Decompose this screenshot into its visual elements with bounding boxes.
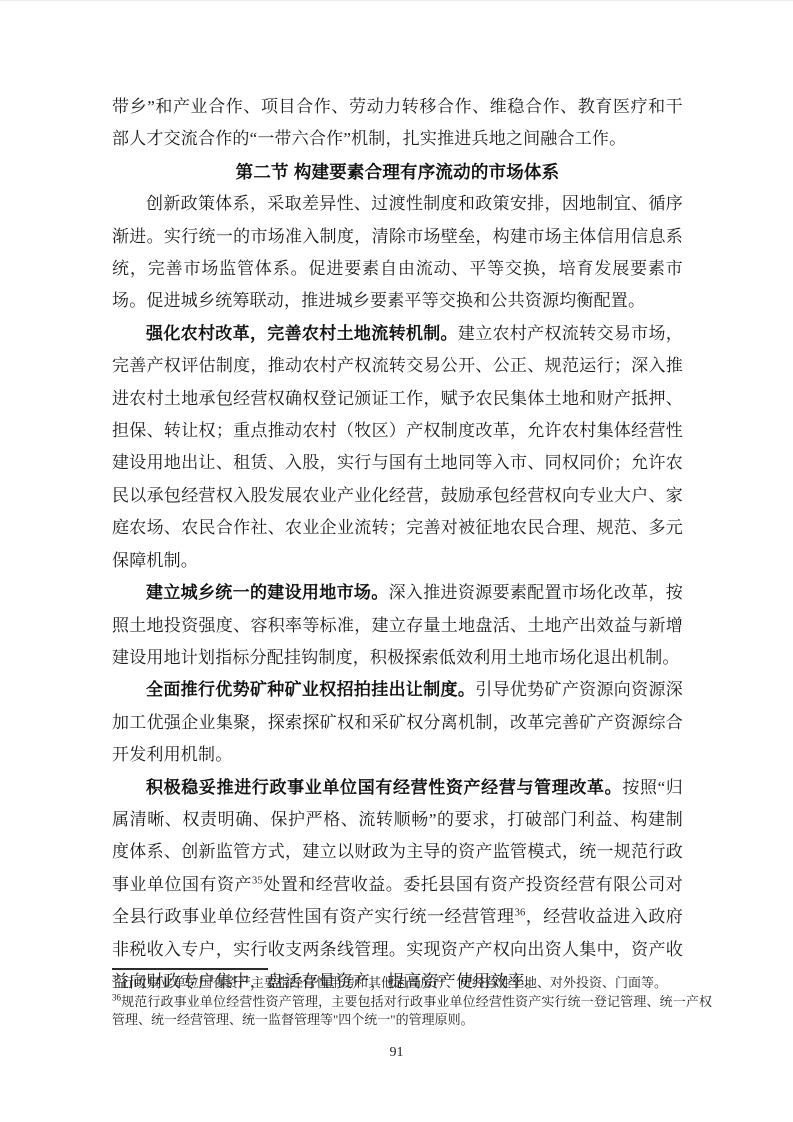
document-page: 带乡”和产业合作、项目合作、劳动力转移合作、维稳合作、教育医疗和干部人才交流合作… (0, 0, 793, 1122)
body-paragraph: 全面推行优势矿种矿业权招拍挂出让制度。引导优势矿产资源向资源深加工优强企业集聚，… (112, 674, 683, 771)
body-paragraph: 积极稳妥推进行政事业单位国有经营性资产经营与管理改革。按照“归属清晰、权责明确、… (112, 772, 683, 999)
footnote: 36规范行政事业单位经营性资产管理，主要包括对行政事业单位经营性资产实行统一登记… (112, 993, 712, 1030)
body-paragraph: 建立城乡统一的建设用地市场。深入推进资源要素配置市场化改革，按照土地投资强度、容… (112, 577, 683, 674)
paragraph-lead: 全面推行优势矿种矿业权招拍挂出让制度。 (146, 680, 475, 699)
paragraph-lead: 强化农村改革，完善农村土地流转机制。 (146, 324, 458, 343)
footnote: 35行政事业单位国有资产主要指经营性用房和其他闲置房产、可经营性土地、对外投资、… (112, 974, 712, 993)
footnote-list: 35行政事业单位国有资产主要指经营性用房和其他闲置房产、可经营性土地、对外投资、… (112, 974, 712, 1030)
body-paragraph: 创新政策体系，采取差异性、过渡性制度和政策安排，因地制宜、循序渐进。实行统一的市… (112, 188, 683, 318)
continuation-paragraph: 带乡”和产业合作、项目合作、劳动力转移合作、维稳合作、教育医疗和干部人才交流合作… (112, 91, 683, 156)
body-paragraph: 强化农村改革，完善农村土地流转机制。建立农村产权流转交易市场，完善产权评估制度，… (112, 318, 683, 577)
body-paragraphs: 创新政策体系，采取差异性、过渡性制度和政策安排，因地制宜、循序渐进。实行统一的市… (112, 188, 683, 998)
footnote-marker: 36 (112, 992, 121, 1002)
page-number: 91 (0, 1045, 793, 1061)
footnote-marker: 35 (112, 974, 121, 984)
paragraph-lead: 建立城乡统一的建设用地市场。 (146, 583, 389, 602)
footnotes-area: 35行政事业单位国有资产主要指经营性用房和其他闲置房产、可经营性土地、对外投资、… (112, 968, 712, 1030)
footnote-reference: 35 (252, 875, 263, 886)
page-content: 带乡”和产业合作、项目合作、劳动力转移合作、维稳合作、教育医疗和干部人才交流合作… (112, 91, 683, 998)
footnote-separator (112, 968, 268, 970)
section-heading: 第二节 构建要素合理有序流动的市场体系 (112, 156, 683, 188)
footnote-reference: 36 (515, 908, 526, 919)
paragraph-lead: 积极稳妥推进行政事业单位国有经营性资产经营与管理改革。 (146, 778, 622, 797)
